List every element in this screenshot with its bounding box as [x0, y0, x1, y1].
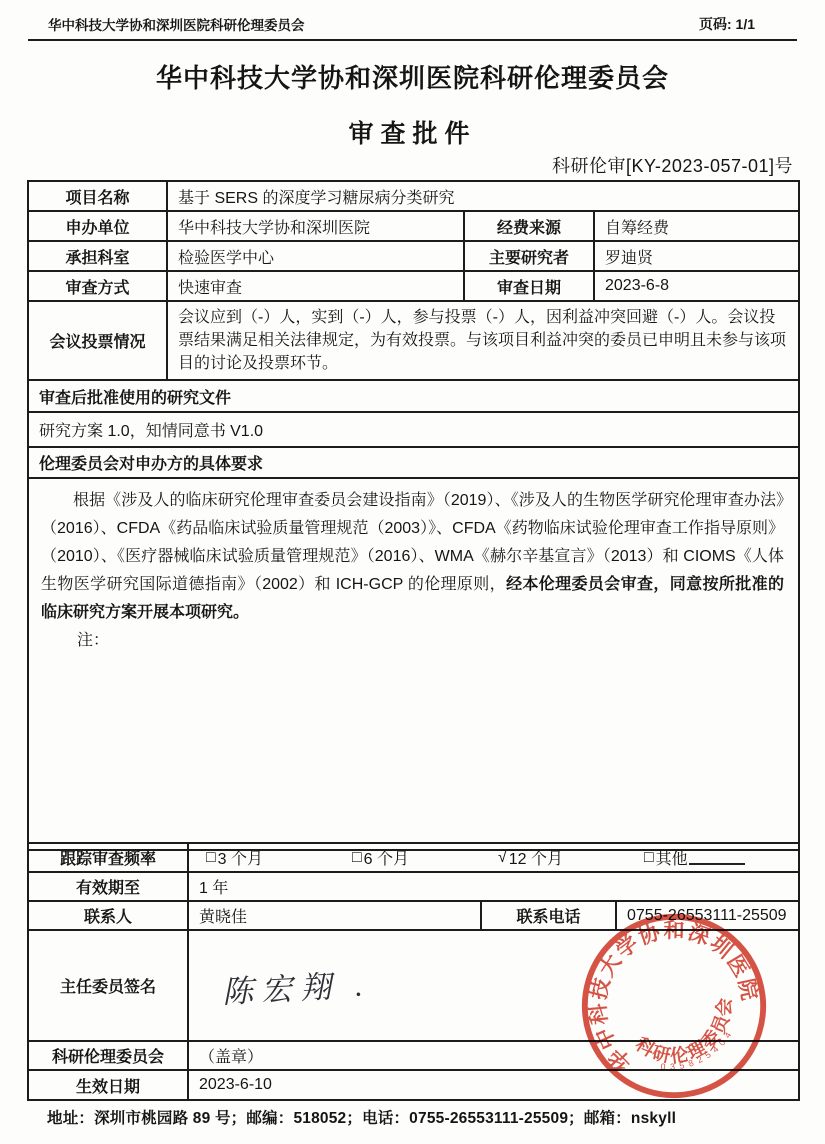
reference-number: 科研伦审[KY-2023-057-01]号 — [552, 152, 793, 178]
page-header: 华中科技大学协和深圳医院科研伦理委员会 页码: 1/1 — [28, 14, 797, 41]
table-row: 科研伦理委员会 （盖章） — [28, 1041, 799, 1070]
chair-signature-label: 主任委员签名 — [28, 930, 188, 1041]
table-row: 伦理委员会对申办方的具体要求 — [28, 447, 799, 478]
table-row: 项目名称 基于 SERS 的深度学习糖尿病分类研究 — [28, 181, 799, 211]
approved-docs-value: 研究方案 1.0，知情同意书 V1.0 — [28, 412, 799, 447]
table-row: 研究方案 1.0，知情同意书 V1.0 — [28, 412, 799, 447]
footer-address-line: 地址：深圳市桃园路 89 号；邮编：518052；电话：0755-2655311… — [47, 1106, 676, 1128]
frequency-option-label: 其他 — [656, 846, 688, 869]
blank-underline — [689, 851, 745, 865]
contact-value: 黄晓佳 — [188, 901, 481, 930]
frequency-options: □3 个月□6 个月√12 个月□其他 — [199, 846, 790, 869]
approved-docs-header: 审查后批准使用的研究文件 — [28, 380, 799, 412]
frequency-option-label: 12 个月 — [509, 846, 563, 869]
table-row: 审查后批准使用的研究文件 — [28, 380, 799, 412]
table-row: 有效期至 1 年 — [28, 872, 799, 901]
table-row: 主任委员签名 陈宏翔 . — [28, 930, 799, 1041]
vote-value: 会议应到（-）人，实到（-）人，参与投票（-）人，因利益冲突回避（-）人。会议投… — [167, 301, 799, 380]
frequency-options-cell: □3 个月□6 个月√12 个月□其他 — [188, 843, 799, 872]
frequency-label: 跟踪审查频率 — [28, 843, 188, 872]
sponsor-value: 华中科技大学协和深圳医院 — [167, 211, 464, 241]
department-value: 检验医学中心 — [167, 241, 464, 271]
effective-date-label: 生效日期 — [28, 1070, 188, 1100]
funding-value: 自筹经费 — [594, 211, 799, 241]
frequency-option-label: 6 个月 — [364, 846, 409, 869]
frequency-option: √12 个月 — [498, 846, 644, 869]
validity-value: 1 年 — [188, 872, 799, 901]
review-date-label: 审查日期 — [464, 271, 594, 301]
effective-date-value: 2023-6-10 — [188, 1070, 799, 1100]
contact-label: 联系人 — [28, 901, 188, 930]
pi-label: 主要研究者 — [464, 241, 594, 271]
table-row: 申办单位 华中科技大学协和深圳医院 经费来源 自筹经费 — [28, 211, 799, 241]
notes-label: 注： — [77, 627, 784, 655]
info-table: 项目名称 基于 SERS 的深度学习糖尿病分类研究 申办单位 华中科技大学协和深… — [27, 180, 800, 851]
pi-value: 罗迪贤 — [594, 241, 799, 271]
review-method-value: 快速审查 — [167, 271, 464, 301]
checkbox-mark: √ — [498, 849, 507, 867]
committee-label: 科研伦理委员会 — [28, 1041, 188, 1070]
validity-label: 有效期至 — [28, 872, 188, 901]
table-row: 生效日期 2023-6-10 — [28, 1070, 799, 1100]
document-subtitle: 审查批件 — [0, 114, 825, 150]
project-name-label: 项目名称 — [28, 181, 167, 211]
vote-label: 会议投票情况 — [28, 301, 167, 380]
frequency-option: □其他 — [644, 846, 790, 869]
table-row: 审查方式 快速审查 审查日期 2023-6-8 — [28, 271, 799, 301]
table-row: 跟踪审查频率 □3 个月□6 个月√12 个月□其他 — [28, 843, 799, 872]
frequency-option: □3 个月 — [206, 846, 352, 869]
table-row: 会议投票情况 会议应到（-）人，实到（-）人，参与投票（-）人，因利益冲突回避（… — [28, 301, 799, 380]
table-row: 承担科室 检验医学中心 主要研究者 罗迪贤 — [28, 241, 799, 271]
sponsor-label: 申办单位 — [28, 211, 167, 241]
approval-table: 跟踪审查频率 □3 个月□6 个月√12 个月□其他 有效期至 1 年 联系人 … — [27, 842, 800, 1101]
seal-note: （盖章） — [199, 1049, 263, 1066]
requirements-header: 伦理委员会对申办方的具体要求 — [28, 447, 799, 478]
frequency-option-label: 3 个月 — [218, 846, 263, 869]
chair-signature-handwriting: 陈宏翔 . — [221, 959, 372, 1012]
vote-text: 会议应到（-）人，实到（-）人，参与投票（-）人，因利益冲突回避（-）人。会议投… — [178, 304, 790, 377]
requirements-cell: 根据《涉及人的临床研究伦理审查委员会建设指南》（2019）、《涉及人的生物医学研… — [28, 478, 799, 850]
chair-signature-cell: 陈宏翔 . — [188, 930, 799, 1041]
header-org: 华中科技大学协和深圳医院科研伦理委员会 — [48, 14, 305, 34]
review-method-label: 审查方式 — [28, 271, 167, 301]
document-page: 华中科技大学协和深圳医院科研伦理委员会 页码: 1/1 华中科技大学协和深圳医院… — [0, 0, 825, 1144]
table-row: 根据《涉及人的临床研究伦理审查委员会建设指南》（2019）、《涉及人的生物医学研… — [28, 478, 799, 850]
funding-label: 经费来源 — [464, 211, 594, 241]
checkbox-mark: □ — [206, 849, 216, 867]
phone-value: 0755-26553111-25509 — [616, 901, 799, 930]
table-row: 联系人 黄晓佳 联系电话 0755-26553111-25509 — [28, 901, 799, 930]
frequency-option: □6 个月 — [352, 846, 498, 869]
header-page-number: 页码: 1/1 — [699, 14, 797, 34]
phone-label: 联系电话 — [481, 901, 616, 930]
project-name-value: 基于 SERS 的深度学习糖尿病分类研究 — [167, 181, 799, 211]
review-date-value: 2023-6-8 — [594, 271, 799, 301]
seal-note-cell: （盖章） — [188, 1041, 799, 1070]
checkbox-mark: □ — [352, 849, 362, 867]
department-label: 承担科室 — [28, 241, 167, 271]
document-title: 华中科技大学协和深圳医院科研伦理委员会 — [0, 58, 825, 95]
checkbox-mark: □ — [644, 849, 654, 867]
requirements-paragraph: 根据《涉及人的临床研究伦理审查委员会建设指南》（2019）、《涉及人的生物医学研… — [41, 487, 784, 627]
